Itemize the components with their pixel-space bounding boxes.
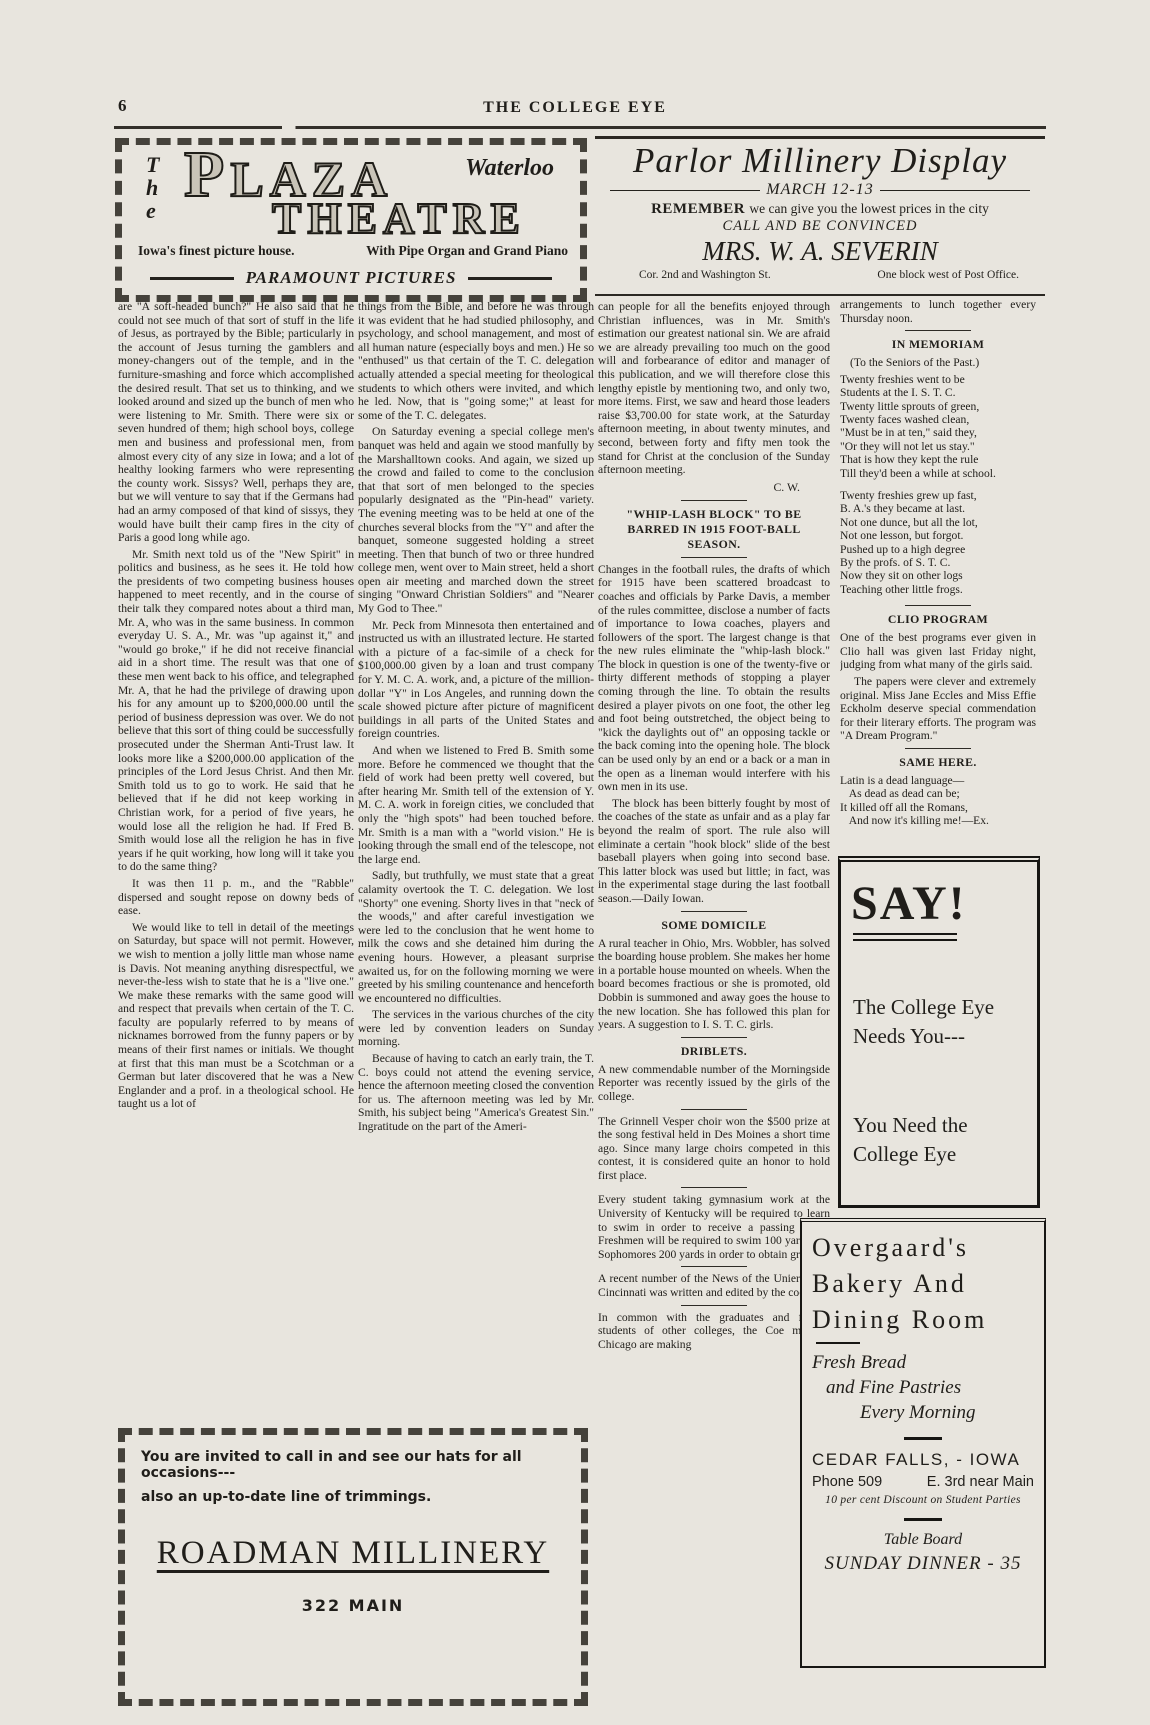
paragraph: Because of having to catch an early trai… [358,1052,594,1134]
severin-dates-line: MARCH 12-13 [595,181,1045,199]
article-heading: "WHIP-LASH BLOCK" TO BE BARRED IN 1915 F… [604,507,824,552]
paragraph: One of the best programs ever given in C… [840,631,1036,672]
paragraph: A recent number of the News of the Unier… [598,1272,830,1299]
plaza-theatre-ad: The PLAZA Waterloo THEATRE Iowa's finest… [115,138,587,302]
overgaard-street: E. 3rd near Main [927,1474,1034,1490]
say-line3: You Need the [853,1111,1037,1140]
overgaard-dash-rule [904,1437,942,1440]
verse-line: Now they sit on other logs [840,569,1036,582]
verse-line: Twenty freshies grew up fast, [840,489,1036,502]
overgaard-name-line1: Overgaard's [812,1230,1034,1266]
paragraph: Changes in the football rules, the draft… [598,563,830,794]
paragraph: It was then 11 p. m., and the "Rabble" d… [118,877,354,918]
say-double-underline [853,933,957,941]
section-divider [681,1187,747,1188]
overgaard-phone-line: Phone 509 E. 3rd near Main [812,1474,1034,1490]
severin-location-note: One block west of Post Office. [877,269,1019,281]
severin-address-line: Cor. 2nd and Washington St. One block we… [595,267,1045,281]
verse-line: "Or they will not let us stay." [840,440,1036,453]
paragraph: The Grinnell Vesper choir won the $500 p… [598,1115,830,1183]
verse-line: Twenty freshies went to be [840,373,1036,386]
severin-remember-rest: we can give you the lowest prices in the… [749,201,989,216]
say-line2: Needs You--- [853,1022,1037,1051]
article-column-3: can people for all the benefits enjoyed … [598,300,830,1662]
overgaard-city: CEDAR FALLS, - IOWA [812,1450,1034,1470]
college-eye-house-ad: SAY! The College Eye Needs You--- You Ne… [838,856,1040,1208]
plaza-taglines: Iowa's finest picture house. With Pipe O… [138,243,568,259]
newspaper-page: 6 THE COLLEGE EYE The PLAZA Waterloo THE… [0,0,1150,1725]
paragraph: can people for all the benefits enjoyed … [598,300,830,477]
plaza-the-word: The [146,153,162,222]
paragraph: The papers were clever and extremely ori… [840,675,1036,743]
paragraph: Sadly, but truthfully, we must state tha… [358,869,594,1005]
paragraph: Mr. Smith next told us of the "New Spiri… [118,548,354,874]
verse-line: By the profs. of S. T. C. [840,556,1036,569]
verse-line: It killed off all the Romans, [840,801,1036,814]
verse-line: Latin is a dead language— [840,774,1036,787]
severin-millinery-ad: Parlor Millinery Display MARCH 12-13 REM… [595,136,1045,296]
left-rule [610,190,760,191]
plaza-paramount-line: PARAMOUNT PICTURES [122,268,580,288]
paragraph: are "A soft-headed bunch?" He also said … [118,300,354,545]
overgaard-discount-note: 10 per cent Discount on Student Parties [812,1494,1034,1506]
paragraph: arrangements to lunch together every Thu… [840,298,1036,325]
severin-dates: MARCH 12-13 [766,181,873,199]
masthead-title: THE COLLEGE EYE [0,99,1150,117]
overgaard-sunday-dinner: SUNDAY DINNER - 35 [812,1553,1034,1575]
verse-line: Teaching other little frogs. [840,583,1036,596]
overgaard-table-board: Table Board [812,1531,1034,1549]
author-initials: C. W. [598,480,830,495]
article-column-4: arrangements to lunch together every Thu… [840,298,1036,854]
article-heading: CLIO PROGRAM [846,612,1030,627]
verse-line: Not one lesson, but forgot. [840,529,1036,542]
verse-line: "Must be in at ten," said they, [840,426,1036,439]
article-heading: IN MEMORIAM [846,337,1030,352]
severin-headline: Parlor Millinery Display [595,141,1045,181]
overgaard-tag-morning: Every Morning [860,1400,1034,1425]
say-line4: College Eye [853,1140,1037,1169]
section-divider [681,1305,747,1306]
paragraph: Every student taking gymnasium work at t… [598,1193,830,1261]
verse-line: Twenty little sprouts of green, [840,400,1036,413]
paragraph: In common with the graduates and former … [598,1311,830,1352]
roadman-name: ROADMAN MILLINERY [125,1535,581,1572]
article-heading: SOME DOMICILE [604,918,824,933]
article-column-2: things from the Bible, and before he was… [358,300,594,1412]
right-dash-rule [468,277,552,280]
roadman-invite-line2: also an up-to-date line of trimmings. [141,1489,565,1505]
roadman-invite-line1: You are invited to call in and see our h… [141,1449,565,1481]
severin-remember-line: REMEMBER we can give you the lowest pric… [595,201,1045,218]
overgaard-tag-pastries: and Fine Pastries [826,1375,1034,1400]
plaza-name-line2: THEATRE [272,193,526,244]
verse-line: B. A.'s they became at last. [840,502,1036,515]
verse-line: As dead as dead can be; [840,787,1036,800]
section-divider [905,748,971,749]
paragraph: things from the Bible, and before he was… [358,300,594,422]
plaza-tagline-house: Iowa's finest picture house. [138,243,295,259]
overgaard-bakery-ad: Overgaard's Bakery And Dining Room Fresh… [800,1218,1046,1668]
section-divider [681,1037,747,1038]
overgaard-name-line2: Bakery And [812,1266,1034,1302]
verse-line: Twenty faces washed clean, [840,413,1036,426]
severin-corner-address: Cor. 2nd and Washington St. [639,269,771,281]
paragraph: Mr. Peck from Minnesota then entertained… [358,619,594,741]
severin-name: MRS. W. A. SEVERIN [595,236,1045,267]
roadman-millinery-ad: You are invited to call in and see our h… [118,1428,588,1706]
severin-remember-word: REMEMBER [651,201,749,217]
paragraph: The block has been bitterly fought by mo… [598,797,830,906]
overgaard-rule [816,1342,860,1344]
paragraph: A new commendable number of the Mornings… [598,1063,830,1104]
verse-line: That is how they kept the rule [840,453,1036,466]
section-divider [681,500,747,501]
overgaard-dash-rule-2 [904,1518,942,1521]
verse-stanza: Twenty freshies went to beStudents at th… [840,373,1036,480]
verse-stanza: Latin is a dead language— As dead as dea… [840,774,1036,828]
article-heading: SAME HERE. [846,755,1030,770]
severin-call-line: CALL AND BE CONVINCED [595,218,1045,235]
verse-line: Students at the I. S. T. C. [840,386,1036,399]
article-column-1: are "A soft-headed bunch?" He also said … [118,300,354,1412]
masthead-rule [114,126,1046,129]
overgaard-phone: Phone 509 [812,1474,882,1490]
overgaard-tag-bread: Fresh Bread [812,1350,1034,1375]
paragraph: A rural teacher in Ohio, Mrs. Wobbler, h… [598,937,830,1032]
section-divider [905,330,971,331]
plaza-paramount-label: PARAMOUNT PICTURES [246,268,457,288]
section-divider [681,1109,747,1110]
right-rule [880,190,1030,191]
subheading: (To the Seniors of the Past.) [840,356,1036,370]
section-divider [905,605,971,606]
verse-line: Pushed up to a high degree [840,543,1036,556]
say-line1: The College Eye [853,993,1037,1022]
plaza-tagline-organ: With Pipe Organ and Grand Piano [366,243,568,259]
paragraph: On Saturday evening a special college me… [358,425,594,615]
verse-stanza: Twenty freshies grew up fast,B. A.'s the… [840,489,1036,596]
plaza-city-label: Waterloo [465,155,554,182]
section-divider [681,557,747,558]
verse-line: Till they'd been a while at school. [840,467,1036,480]
section-divider [681,1266,747,1267]
paragraph: The services in the various churches of … [358,1008,594,1049]
verse-line: Not one dunce, but all the lot, [840,516,1036,529]
left-dash-rule [150,277,234,280]
paragraph: We would like to tell in detail of the m… [118,921,354,1111]
section-divider [681,911,747,912]
verse-line: And now it's killing me!—Ex. [840,814,1036,827]
say-headline: SAY! [851,876,1037,931]
roadman-address: 322 MAIN [125,1596,581,1615]
overgaard-name-line3: Dining Room [812,1302,1034,1338]
article-heading: DRIBLETS. [604,1044,824,1059]
paragraph: And when we listened to Fred B. Smith so… [358,744,594,866]
